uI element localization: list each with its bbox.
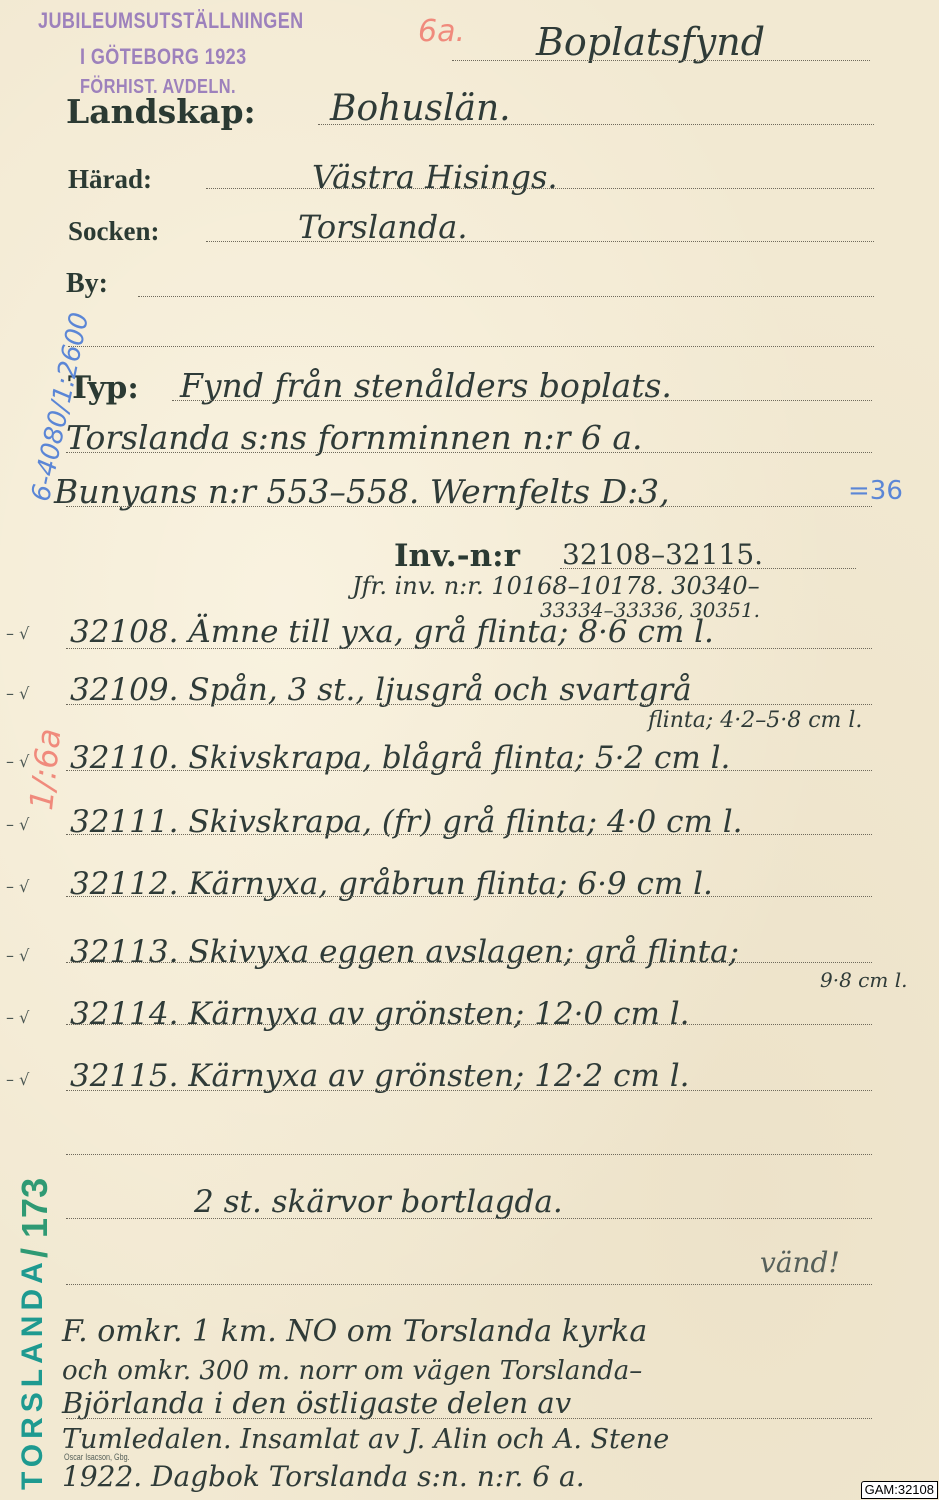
dotted-line xyxy=(66,506,872,507)
green-number: 173 xyxy=(14,1178,55,1238)
inv-label: Inv.-n:r xyxy=(394,538,520,574)
dotted-line xyxy=(66,962,872,963)
category-title: Boplatsfynd xyxy=(536,20,765,64)
item-description: Kärnyxa av grönsten; 12·2 cm l. xyxy=(188,1058,689,1094)
parish-stamp: TORSLANDA xyxy=(16,1257,50,1490)
dotted-line xyxy=(66,704,872,705)
green-catalog-number: / 173 xyxy=(14,1178,56,1258)
inv-reference-line-1: Jfr. inv. n:r. 10168–10178. 30340– xyxy=(352,572,760,600)
dotted-line xyxy=(68,346,874,347)
item-continuation: 9·8 cm l. xyxy=(820,968,907,992)
item-row-32108: 32108. Ämne till yxa, grå flinta; 8·6 cm… xyxy=(70,614,714,650)
checkmark-icon: – √ xyxy=(6,624,29,643)
dotted-line xyxy=(66,1024,872,1025)
landskap-label: Landskap: xyxy=(66,92,256,131)
landskap-value: Bohuslän. xyxy=(330,88,511,129)
socken-label: Socken: xyxy=(68,216,160,247)
checkmark-icon: – √ xyxy=(6,877,29,896)
dotted-line xyxy=(452,60,870,61)
dotted-line xyxy=(66,1154,872,1155)
dotted-line xyxy=(66,770,872,771)
stamp-line-1: JUBILEUMSUTSTÄLLNINGEN xyxy=(38,8,304,34)
dotted-line xyxy=(66,648,872,649)
item-row-32115: 32115. Kärnyxa av grönsten; 12·2 cm l. xyxy=(70,1058,689,1094)
dotted-line xyxy=(66,1090,872,1091)
red-margin-note: 1/:6a xyxy=(22,727,68,812)
printer-imprint: Oscar Isacson, Gbg. xyxy=(64,1452,130,1462)
inv-range: 32108–32115. xyxy=(562,538,763,571)
catalog-card: JUBILEUMSUTSTÄLLNINGEN I GÖTEBORG 1923 F… xyxy=(0,0,939,1500)
dotted-line xyxy=(66,896,872,897)
by-label: By: xyxy=(66,268,108,300)
harad-value: Västra Hisings. xyxy=(312,158,558,196)
checkmark-icon: – √ xyxy=(6,815,29,834)
blue-annotation: =36 xyxy=(848,476,903,506)
checkmark-icon: – √ xyxy=(6,1008,29,1027)
item-description: Kärnyxa av grönsten; 12·0 cm l. xyxy=(188,996,689,1032)
dotted-line xyxy=(318,124,874,125)
turn-over-note: vänd! xyxy=(760,1246,840,1279)
item-number: 32114. xyxy=(70,996,178,1032)
item-description: Skivyxa eggen avslagen; grå flinta; xyxy=(188,934,739,970)
item-continuation: flinta; 4·2–5·8 cm l. xyxy=(648,708,862,733)
dotted-line xyxy=(206,188,874,189)
harad-label: Härad: xyxy=(68,164,152,195)
location-line-2: och omkr. 300 m. norr om vägen Torslanda… xyxy=(62,1356,642,1386)
dotted-line xyxy=(66,1284,872,1285)
location-line-1: F. omkr. 1 km. NO om Torslanda kyrka xyxy=(62,1314,647,1349)
item-number: 32109. xyxy=(70,672,178,708)
checkmark-icon: – √ xyxy=(6,1070,29,1089)
location-line-3: Björlanda i den östligaste delen av xyxy=(62,1386,571,1420)
dotted-line xyxy=(66,1218,872,1219)
item-number: 32113. xyxy=(70,934,178,970)
dotted-line xyxy=(66,1418,872,1419)
dotted-line xyxy=(66,452,872,453)
location-line-5: 1922. Dagbok Torslanda s:n. n:r. 6 a. xyxy=(62,1460,585,1493)
stamp-line-2: I GÖTEBORG 1923 xyxy=(80,44,247,70)
item-row-32114: 32114. Kärnyxa av grönsten; 12·0 cm l. xyxy=(70,996,689,1032)
item-number: 32115. xyxy=(70,1058,178,1094)
dotted-line xyxy=(138,296,874,297)
item-description: Ämne till yxa, grå flinta; 8·6 cm l. xyxy=(188,614,714,650)
red-site-number: 6a. xyxy=(418,14,465,49)
item-row-32113: 32113. Skivyxa eggen avslagen; grå flint… xyxy=(70,934,739,970)
item-description: Spån, 3 st., ljusgrå och svartgrå xyxy=(188,672,691,708)
catalog-id-label: GAM:32108 xyxy=(861,1481,938,1499)
dotted-line xyxy=(206,241,874,242)
removed-note: 2 st. skärvor bortlagda. xyxy=(194,1184,563,1220)
location-line-4: Tumledalen. Insamlat av J. Alin och A. S… xyxy=(62,1424,669,1455)
dotted-line xyxy=(172,400,872,401)
dotted-line xyxy=(66,834,872,835)
dotted-line xyxy=(560,568,856,569)
item-row-32109: 32109. Spån, 3 st., ljusgrå och svartgrå xyxy=(70,672,692,708)
item-number: 32108. xyxy=(70,614,178,650)
checkmark-icon: – √ xyxy=(6,946,29,965)
checkmark-icon: – √ xyxy=(6,684,29,703)
